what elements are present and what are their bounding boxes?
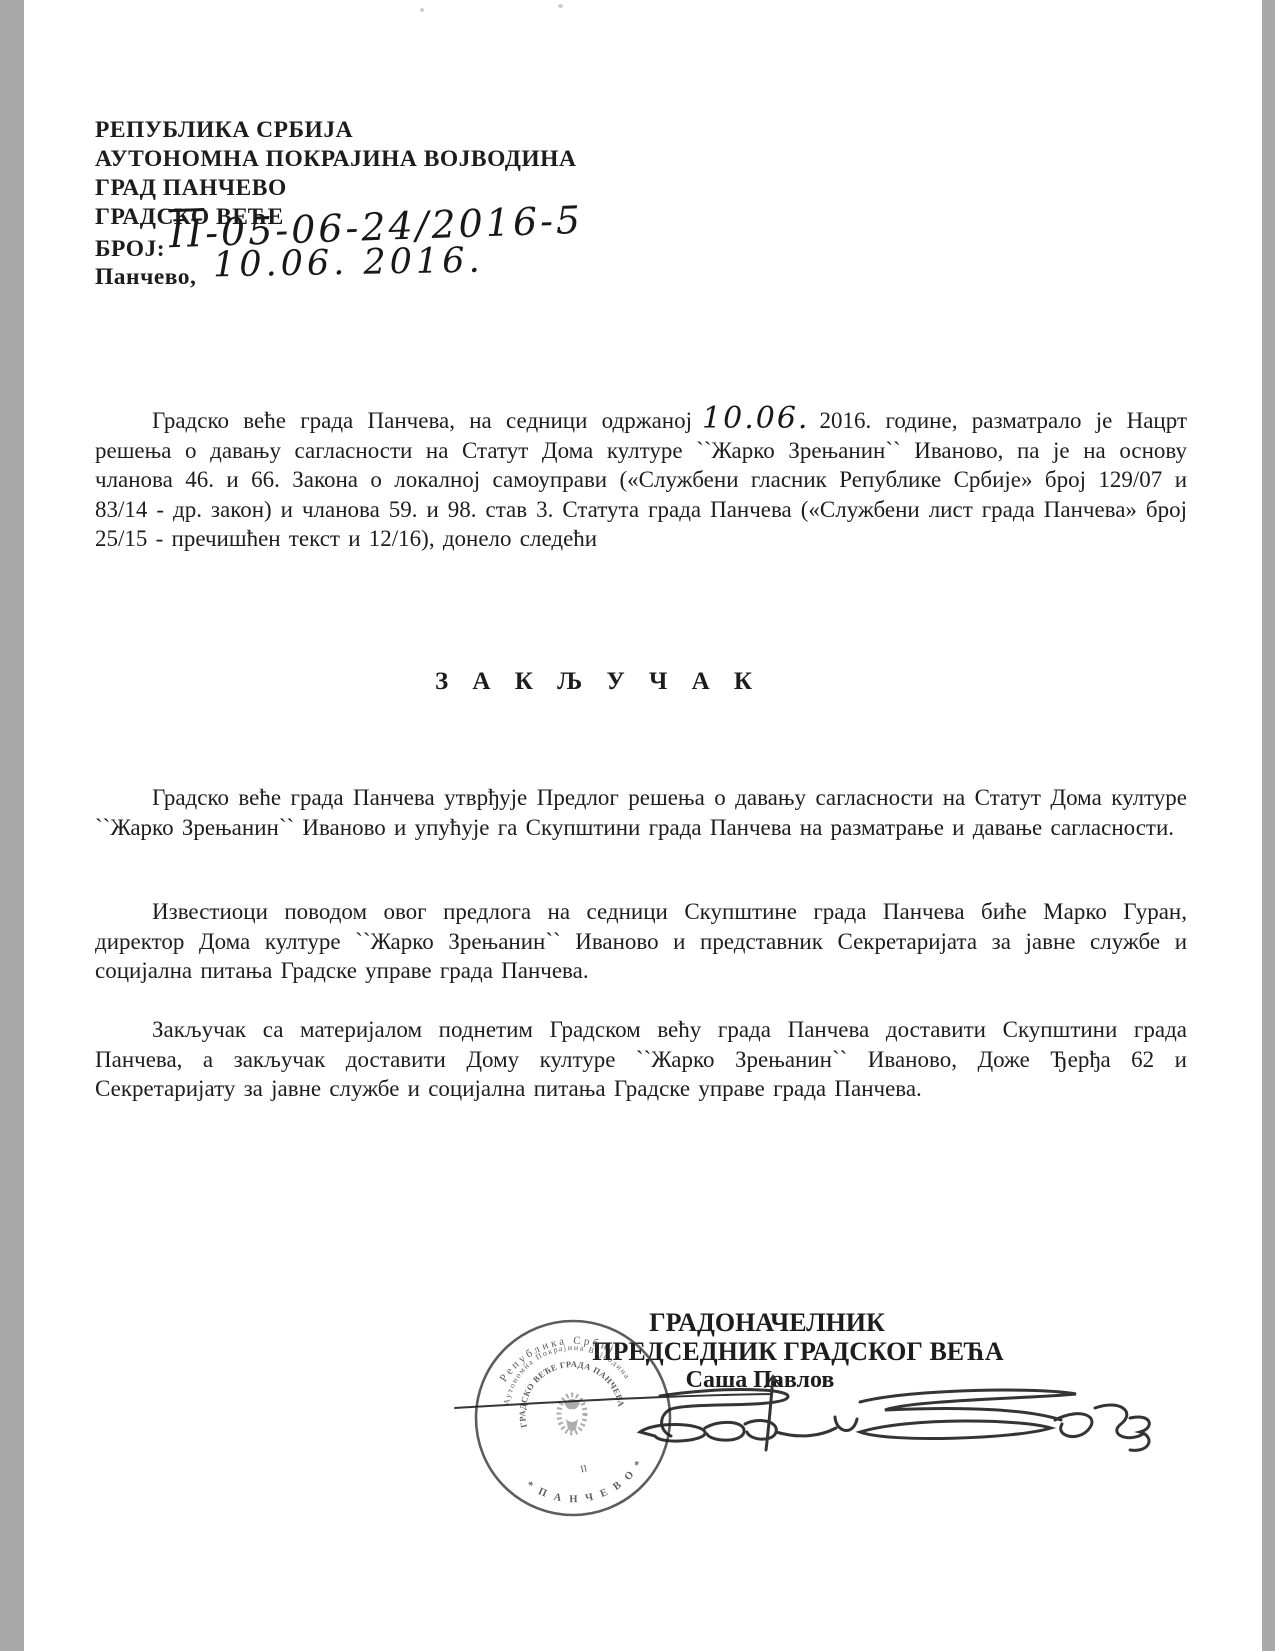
handwritten-signature: [440, 1340, 1160, 1470]
place-label: Панчево,: [95, 264, 196, 290]
letterhead-city: ГРАД ПАНЧЕВО: [95, 175, 287, 201]
paragraph-decision: Градско веће града Панчева утврђује Пред…: [95, 783, 1187, 842]
scan-border-right: [1262, 0, 1275, 1651]
handwritten-session-date: 10.06.: [702, 401, 809, 436]
handwritten-roman-numeral: II: [168, 211, 206, 256]
handwritten-date: 10.06. 2016.: [213, 241, 484, 286]
letterhead: РЕПУБЛИКА СРБИЈА АУТОНОМНА ПОКРАЈИНА ВОЈ…: [95, 117, 795, 337]
document-title: З А К Љ У Ч А К: [0, 668, 1196, 696]
letterhead-republic: РЕПУБЛИКА СРБИЈА: [95, 117, 353, 143]
paragraph-delivery: Закључак са материјалом поднетим Градско…: [95, 1015, 1187, 1104]
paragraph-intro: Градско веће града Панчева, на седници о…: [95, 404, 1187, 554]
scan-speck: [558, 4, 563, 8]
paragraph-rapporteurs: Известиоци поводом овог предлога на седн…: [95, 897, 1187, 986]
case-number-label: БРОЈ:: [95, 236, 165, 262]
scan-speck: [420, 8, 424, 12]
paragraph-intro-text-before: Градско веће града Панчева, на седници о…: [152, 408, 692, 433]
letterhead-province: АУТОНОМНА ПОКРАЈИНА ВОЈВОДИНА: [95, 146, 576, 172]
scan-border-left: [0, 0, 24, 1651]
scanned-document-page: РЕПУБЛИКА СРБИЈА АУТОНОМНА ПОКРАЈИНА ВОЈ…: [0, 0, 1275, 1651]
